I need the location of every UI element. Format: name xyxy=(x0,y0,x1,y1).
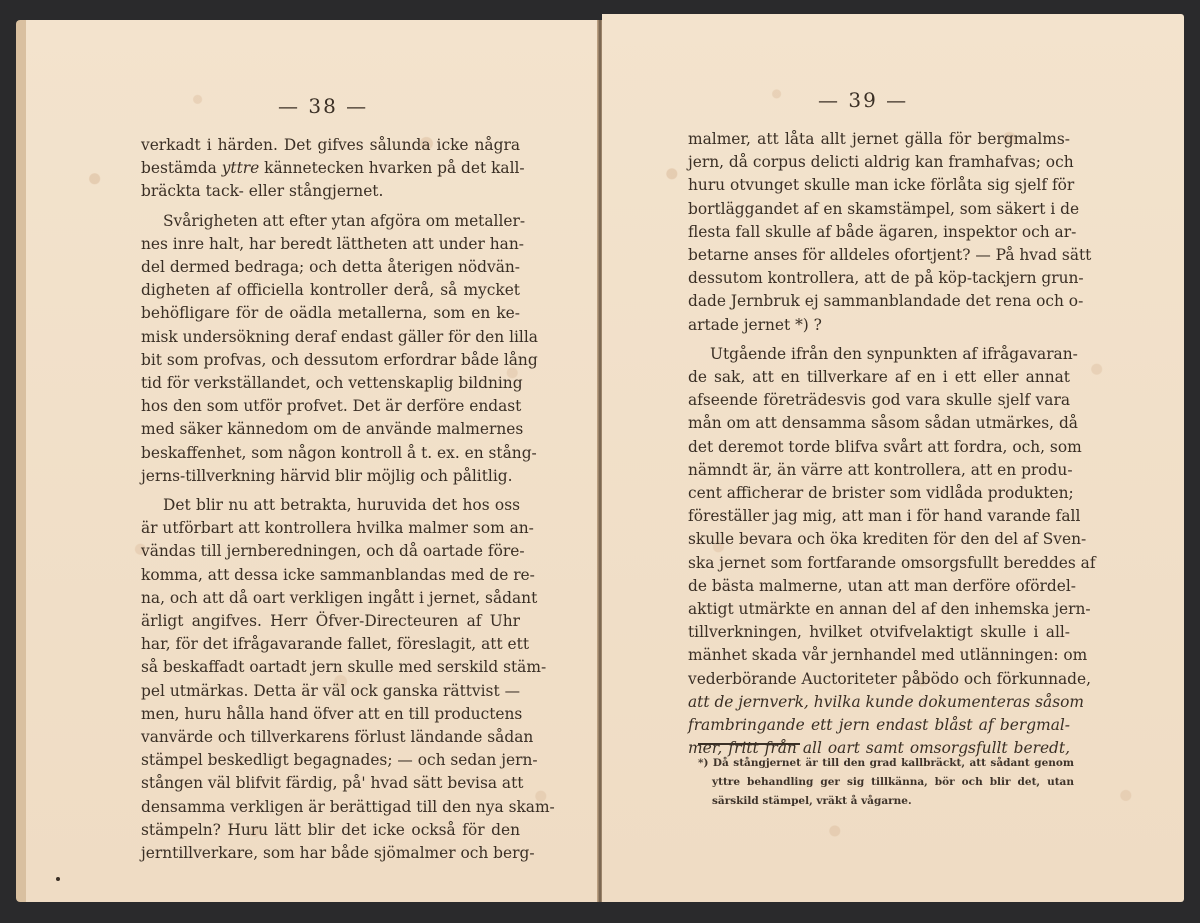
footnote-divider xyxy=(698,743,800,745)
text-line: jerntillverkare, som har både sjömalmer … xyxy=(141,842,520,865)
text-line: dade Jernbruk ej sammanblandade det rena… xyxy=(688,290,1070,313)
text-line: artade jernet *) ? xyxy=(688,314,1070,337)
text-line: men, huru hålla hand öfver att en till p… xyxy=(141,703,520,726)
text-line: cent afficherar de brister som vidlåda p… xyxy=(688,482,1070,505)
text-line: na, och att då oart verkligen ingått i j… xyxy=(141,587,520,610)
text-line: stämpel beskedligt begagnades; — och sed… xyxy=(141,749,520,772)
text-line: att de jernverk, hvilka kunde dokumenter… xyxy=(688,691,1070,714)
text-line: hos den som utför profvet. Det är derför… xyxy=(141,395,520,418)
text-line: pel utmärkas. Detta är väl ock ganska rä… xyxy=(141,680,520,703)
emphasis-text: yttre xyxy=(222,159,260,177)
ink-spot xyxy=(56,877,60,881)
text-line: flesta fall skulle af både ägaren, inspe… xyxy=(688,221,1070,244)
text-line: dessutom kontrollera, att de på köp-tack… xyxy=(688,267,1070,290)
emphasis-text: att de jernverk, hvilka kunde dokumenter… xyxy=(688,693,1084,711)
text-line: bestämda yttre kännetecken hvarken på de… xyxy=(141,157,520,180)
text-line: är utförbart att kontrollera hvilka malm… xyxy=(141,517,520,540)
right-page-body: malmer, att låta allt jernet gälla för b… xyxy=(688,128,1070,760)
text-line: Det blir nu att betrakta, huruvida det h… xyxy=(141,494,520,517)
text-line: ska jernet som fortfarande omsorgsfullt … xyxy=(688,552,1070,575)
text-line: behöfligare för de oädla metallerna, som… xyxy=(141,302,520,325)
text-line: densamma verkligen är berättigad till de… xyxy=(141,796,520,819)
text-line: har, för det ifrågavarande fallet, föres… xyxy=(141,633,520,656)
text-line: ärligt angifves. Herr Öfver-Directeuren … xyxy=(141,610,520,633)
footnote-line: yttre behandling ger sig tillkänna, bör … xyxy=(698,773,1074,792)
text-line: mänhet skada vår jernhandel med utlännin… xyxy=(688,644,1070,667)
text-line: jern, då corpus delicti aldrig kan framh… xyxy=(688,151,1070,174)
page-number-right: — 39 — xyxy=(818,88,908,112)
text-line: nämndt är, än värre att kontrollera, att… xyxy=(688,459,1070,482)
text-line: de sak, att en tillverkare af en i ett e… xyxy=(688,366,1070,389)
text-line: så beskaffadt oartadt jern skulle med se… xyxy=(141,656,520,679)
text-line: Svårigheten att efter ytan afgöra om met… xyxy=(141,210,520,233)
emphasis-text: frambringande ett jern endast blåst af b… xyxy=(688,716,1070,734)
text-line: tid för verkställandet, och vettenskapli… xyxy=(141,372,520,395)
footnote-line: *) Då stångjernet är till den grad kallb… xyxy=(698,754,1074,773)
text-line: vanvärde och tillverkarens förlust lända… xyxy=(141,726,520,749)
text-line: det deremot torde blifva svårt att fordr… xyxy=(688,436,1070,459)
text-line: tillverkningen, hvilket otvifvelaktigt s… xyxy=(688,621,1070,644)
text-line: vederbörande Auctoriteter påbödo och för… xyxy=(688,668,1070,691)
text-line: del dermed bedraga; och detta återigen n… xyxy=(141,256,520,279)
text-line: de bästa malmerne, utan att man derföre … xyxy=(688,575,1070,598)
text-line: malmer, att låta allt jernet gälla för b… xyxy=(688,128,1070,151)
text-line: beskaffenhet, som någon kontroll å t. ex… xyxy=(141,442,520,465)
text-line: frambringande ett jern endast blåst af b… xyxy=(688,714,1070,737)
text-line: stämpeln? Huru lätt blir det icke också … xyxy=(141,819,520,842)
footnote: *) Då stångjernet är till den grad kallb… xyxy=(698,754,1074,811)
text-line: betarne anses för alldeles ofortjent? — … xyxy=(688,244,1070,267)
text-line: verkadt i härden. Det gifves sålunda ick… xyxy=(141,134,520,157)
text-line: bräckta tack- eller stångjernet. xyxy=(141,180,520,203)
text-line: aktigt utmärkte en annan del af den inhe… xyxy=(688,598,1070,621)
text-line: afseende företrädesvis god vara skulle s… xyxy=(688,389,1070,412)
text-line: digheten af officiella kontroller derå, … xyxy=(141,279,520,302)
text-line: nes inre halt, har beredt lättheten att … xyxy=(141,233,520,256)
text-line: bit som profvas, och dessutom erfordrar … xyxy=(141,349,520,372)
text-line: bortläggandet af en skamstämpel, som säk… xyxy=(688,198,1070,221)
text-line: föreställer jag mig, att man i för hand … xyxy=(688,505,1070,528)
text-line: jerns-tillverkning härvid blir möjlig oc… xyxy=(141,465,520,488)
text-line: skulle bevara och öka krediten för den d… xyxy=(688,528,1070,551)
text-line: med säker kännedom om de använde malmern… xyxy=(141,418,520,441)
text-line: komma, att dessa icke sammanblandas med … xyxy=(141,564,520,587)
footnote-line: särskild stämpel, vräkt å vågarne. xyxy=(698,792,1074,811)
text-line: Utgående ifrån den synpunkten af ifrågav… xyxy=(688,343,1070,366)
text-line: mån om att densamma såsom sådan utmärkes… xyxy=(688,412,1070,435)
left-page-body: verkadt i härden. Det gifves sålunda ick… xyxy=(141,134,520,865)
text-line: vändas till jernberedningen, och då oart… xyxy=(141,540,520,563)
text-line: huru otvunget skulle man icke förlåta si… xyxy=(688,174,1070,197)
text-run: kännetecken hvarken på det kall- xyxy=(259,159,524,177)
left-page: — 38 — verkadt i härden. Det gifves sålu… xyxy=(16,20,598,902)
page-number-left: — 38 — xyxy=(278,94,368,118)
text-line: stången väl blifvit färdig, på' hvad sät… xyxy=(141,772,520,795)
text-line: misk undersökning deraf endast gäller fö… xyxy=(141,326,520,349)
right-page: — 39 — malmer, att låta allt jernet gäll… xyxy=(602,14,1184,902)
text-run: bestämda xyxy=(141,159,222,177)
